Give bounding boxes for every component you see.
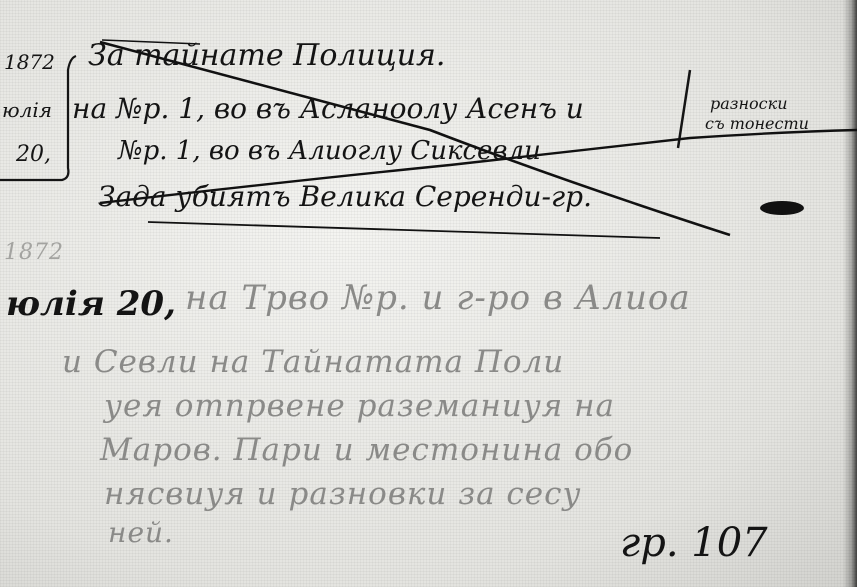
entry-line-1: За тайнате Полиция.	[88, 38, 445, 73]
entry-line-3: №р. 1, во въ Алиоглу Сиксевли	[118, 136, 541, 166]
pencil-line-5: нясвиуя и разновки за сесу	[104, 476, 581, 512]
pencil-line-2: и Севли на Тайнатата Поли	[62, 344, 564, 380]
pencil-line-4: Маров. Пари и местонина обо	[100, 432, 633, 468]
ink-blot	[760, 201, 804, 215]
margin-day: 20,	[16, 142, 51, 167]
folio-number: гр. 107	[620, 520, 768, 566]
margin-month: юлiя	[2, 98, 52, 122]
note-expenses: разноски	[710, 94, 788, 113]
bottom-date: юлiя 20,	[6, 284, 176, 324]
right-bracket	[678, 70, 690, 148]
entry-line-4: Зада убиятъ Велика Серенди-гр.	[98, 180, 592, 213]
pencil-line-6: ней.	[108, 516, 174, 549]
entry-line-2: на №р. 1, во въ Асланоолу Асенъ и	[72, 92, 584, 125]
faint-year: 1872	[4, 240, 64, 265]
pencil-line-3: уея отпрвене раземаниуя на	[104, 388, 615, 424]
underline	[148, 222, 660, 238]
note-expenses-2: съ тонести	[705, 114, 809, 133]
margin-year: 1872	[4, 50, 55, 74]
pencil-line-1: на Трво №р. и г-ро в Алиоа	[185, 278, 691, 318]
